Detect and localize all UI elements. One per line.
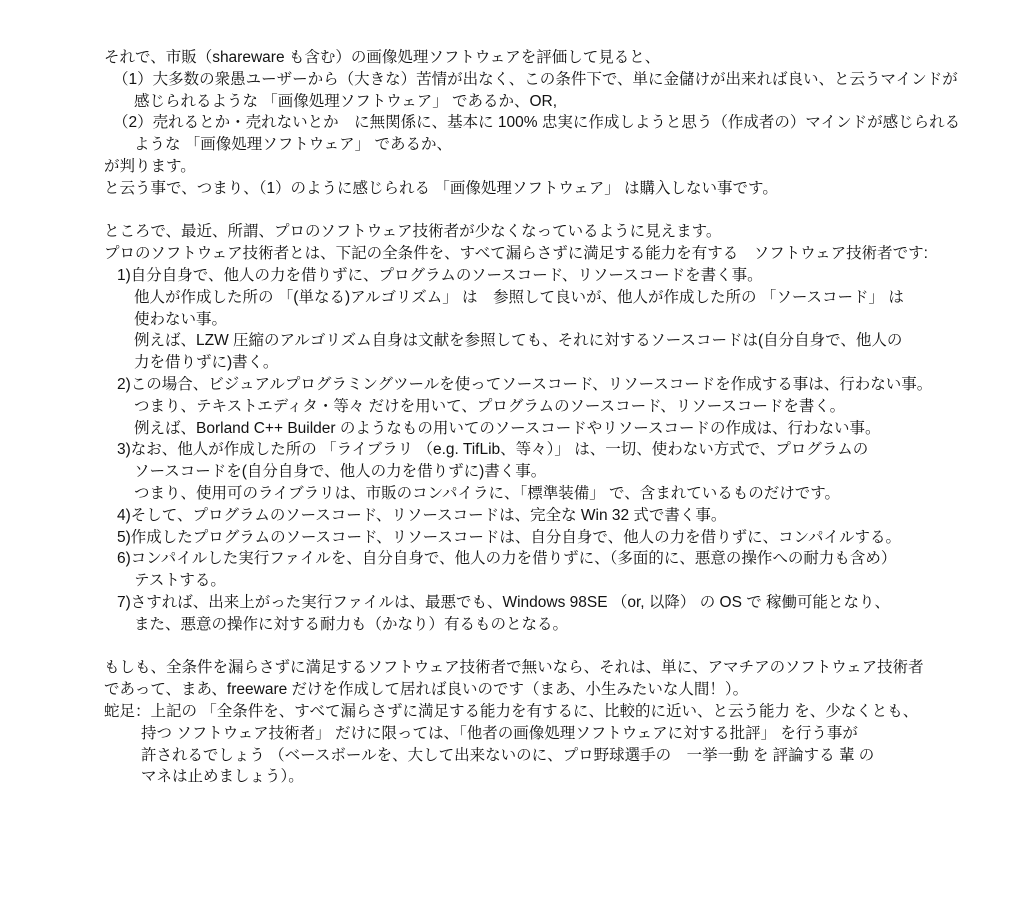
text-line — [104, 636, 994, 658]
document-page: それで、市販（shareware も含む）の画像処理ソフトウェアを評価して見ると… — [104, 47, 994, 788]
text-line: ソースコードを(自分自身で、他人の力を借りずに)書く事。 — [134, 461, 994, 483]
text-line: また、悪意の操作に対する耐力も（かなり）有るものとなる。 — [134, 614, 994, 636]
text-line: テストする。 — [134, 570, 994, 592]
text-line: 他人が作成した所の 「(単なる)アルゴリズム」 は 参照して良いが、他人が作成し… — [134, 287, 994, 309]
text-line: 5)作成したプログラムのソースコード、リソースコードは、自分自身で、他人の力を借… — [117, 527, 994, 549]
text-line: 6)コンパイルした実行ファイルを、自分自身で、他人の力を借りずに、（多面的に、悪… — [117, 548, 994, 570]
text-line: 蛇足：上記の 「全条件を、すべて漏らさずに満足する能力を有するに、比較的に近い、… — [104, 701, 994, 723]
text-line: 4)そして、プログラムのソースコード、リソースコードは、完全な Win 32 式… — [117, 505, 994, 527]
text-line: 3)なお、他人が作成した所の 「ライブラリ （e.g. TifLib、等々）」 … — [117, 439, 994, 461]
text-line: それで、市販（shareware も含む）の画像処理ソフトウェアを評価して見ると… — [104, 47, 994, 69]
text-line: プロのソフトウェア技術者とは、下記の全条件を、すべて漏らさずに満足する能力を有す… — [104, 243, 994, 265]
text-line: 7)さすれば、出来上がった実行ファイルは、最悪でも、Windows 98SE （… — [117, 592, 994, 614]
text-line: つまり、テキストエディタ・等々 だけを用いて、プログラムのソースコード、リソース… — [134, 396, 994, 418]
text-line: 使わない事。 — [134, 309, 994, 331]
text-line: 1)自分自身で、他人の力を借りずに、プログラムのソースコード、リソースコードを書… — [117, 265, 994, 287]
document-text: それで、市販（shareware も含む）の画像処理ソフトウェアを評価して見ると… — [104, 47, 994, 788]
text-line: ような 「画像処理ソフトウェア」 であるか、 — [134, 134, 994, 156]
text-line: 例えば、LZW 圧縮のアルゴリズム自身は文献を参照しても、それに対するソースコー… — [134, 330, 994, 352]
text-line: マネは止めましょう）。 — [141, 766, 994, 788]
text-line — [104, 200, 994, 222]
text-line: （1）大多数の衆愚ユーザーから（大きな）苦情が出なく、この条件下で、単に金儲けが… — [113, 69, 994, 91]
text-line: 例えば、Borland C++ Builder のようなもの用いてのソースコード… — [134, 418, 994, 440]
text-line: 力を借りずに)書く。 — [134, 352, 994, 374]
text-line: が判ります。 — [104, 156, 994, 178]
text-line: ところで、最近、所謂、プロのソフトウェア技術者が少なくなっているように見えます。 — [104, 221, 994, 243]
text-line: であって、まあ、freeware だけを作成して居れば良いのです（まあ、小生みた… — [104, 679, 994, 701]
text-line: 2)この場合、ビジュアルプログラミングツールを使ってソースコード、リソースコード… — [117, 374, 994, 396]
text-line: 持つ ソフトウェア技術者」 だけに限っては、「他者の画像処理ソフトウェアに対する… — [141, 723, 994, 745]
text-line: 許されるでしょう （ベースボールを、大して出来ないのに、プロ野球選手の 一挙一動… — [141, 745, 994, 767]
text-line: つまり、使用可のライブラリは、市販のコンパイラに、「標準装備」 で、含まれている… — [134, 483, 994, 505]
text-line: （2）売れるとか・売れないとか に無関係に、基本に 100% 忠実に作成しようと… — [113, 112, 994, 134]
text-line: と云う事で、つまり、（1）のように感じられる 「画像処理ソフトウェア」 は購入し… — [104, 178, 994, 200]
text-line: もしも、全条件を漏らさずに満足するソフトウェア技術者で無いなら、それは、単に、ア… — [104, 657, 994, 679]
text-line: 感じられるような 「画像処理ソフトウェア」 であるか、OR, — [134, 91, 994, 113]
